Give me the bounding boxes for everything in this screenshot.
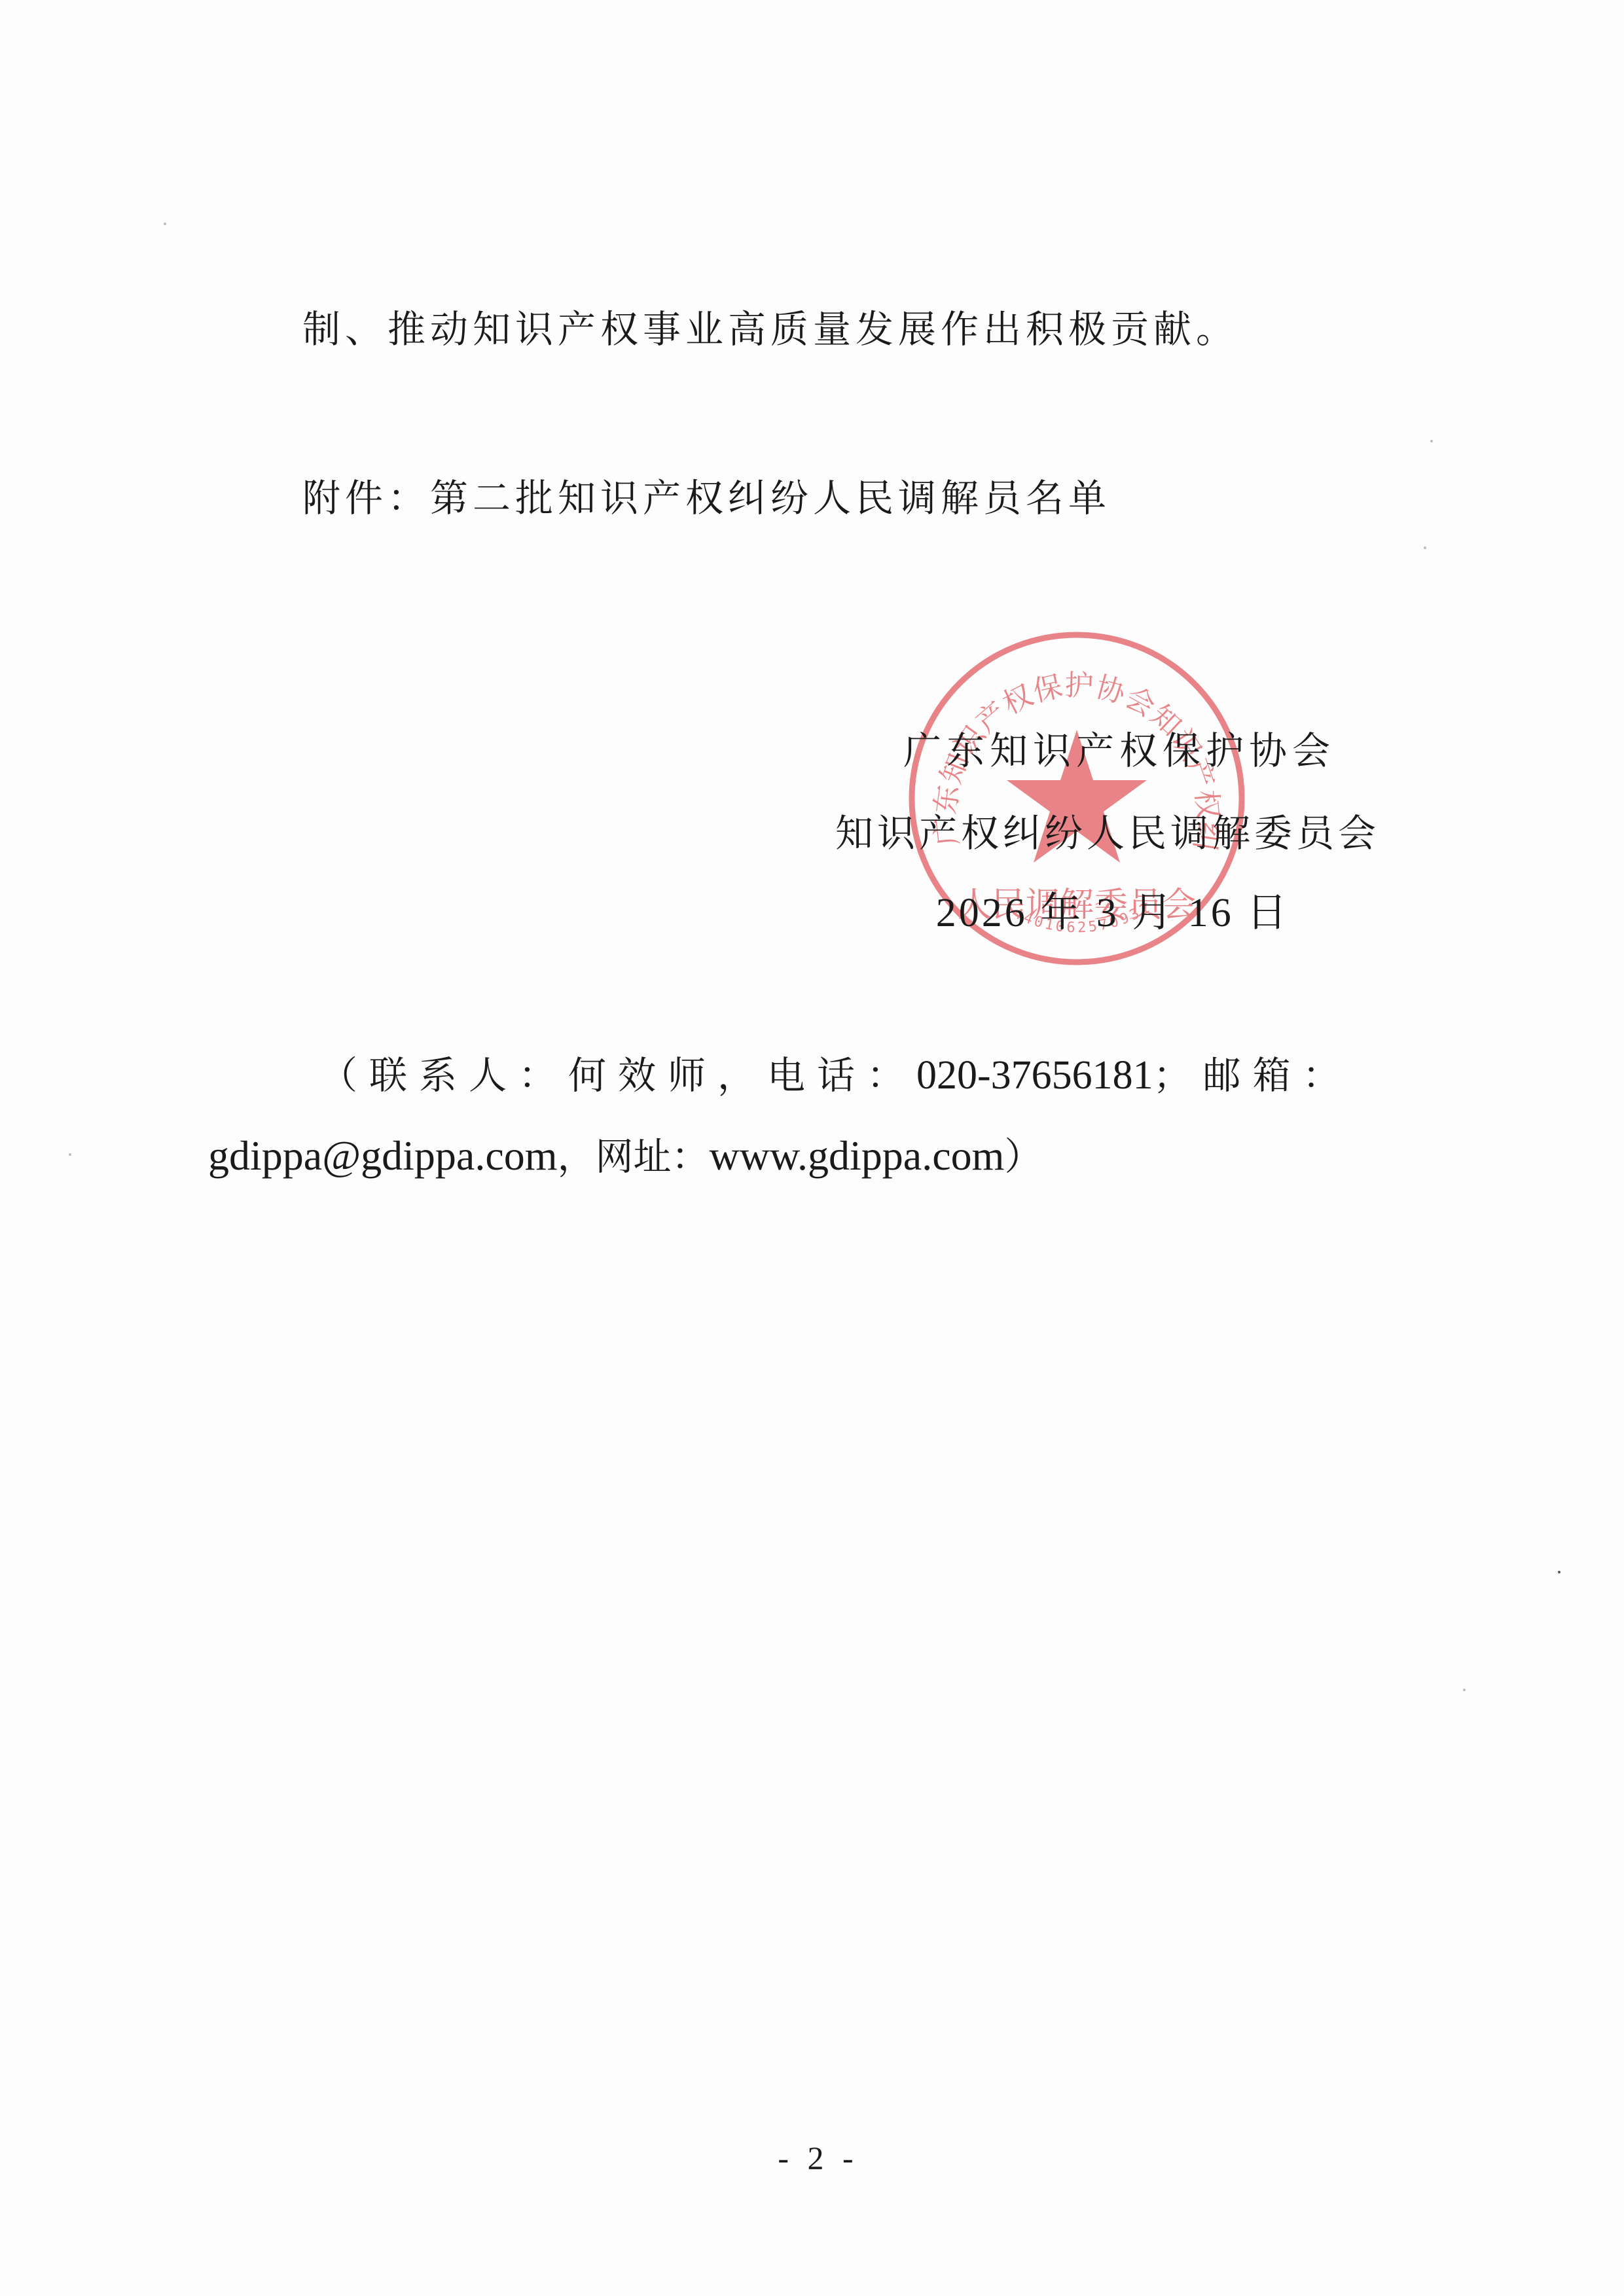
scan-speck [1463,1689,1466,1691]
contact-person-label: （联系人：何效师，电话： [319,1053,916,1098]
body-paragraph-end: 制、推动知识产权事业高质量发展作出积极贡献。 [302,310,1238,348]
signature-committee: 知识产权纠纷人民调解委员会 [826,814,1389,852]
attachment-note: 附件：第二批知识产权纠纷人民调解员名单 [302,479,1111,517]
contact-close-paren: ） [1004,1134,1042,1179]
scan-speck [1558,1571,1561,1573]
scan-speck [1424,547,1426,549]
contact-website: www.gdippa.com [710,1132,1005,1179]
contact-email-label: ；邮箱： [1153,1053,1352,1098]
scan-speck [164,223,166,225]
document-page: 制、推动知识产权事业高质量发展作出积极贡献。 附件：第二批知识产权纠纷人民调解员… [0,0,1624,2296]
page-number: - 2 - [753,2139,884,2177]
contact-line: （联系人：何效师，电话：020-37656181；邮箱： [319,1055,1352,1096]
contact-website-label: ，网址： [558,1134,710,1179]
signature-date: 2026 年 3 月 16 日 [929,893,1296,933]
contact-phone: 020-37656181 [916,1053,1153,1098]
scan-speck [69,1153,71,1156]
scan-speck [1430,440,1433,442]
contact-email: gdippa@gdippa.com [208,1132,558,1179]
signature-organization: 广东知识产权保护协会 [890,732,1348,770]
contact-line-continued: gdippa@gdippa.com，网址：www.gdippa.com） [208,1135,1042,1177]
